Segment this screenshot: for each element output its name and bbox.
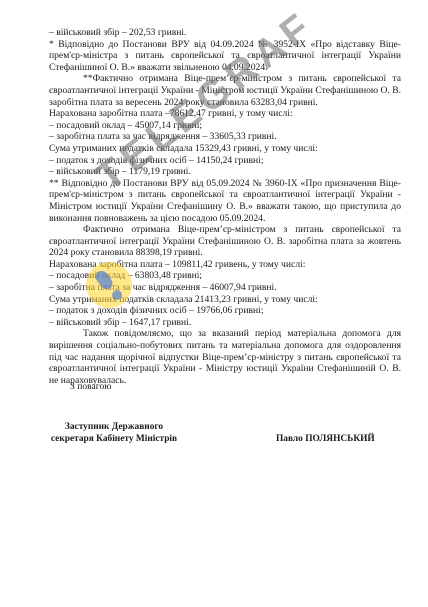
footnote-appointment: ** Відповідно до Постанови ВРУ від 05.09… xyxy=(49,178,401,224)
sept-taxes-total: Сума утриманих податків складала 15329,4… xyxy=(49,143,401,155)
oct-base-salary: – посадовий оклад – 63803,48 гривні; xyxy=(49,270,401,282)
signatory-title: Заступник Державного секретаря Кабінету … xyxy=(49,421,179,445)
signatory-title-line1: Заступник Державного xyxy=(49,421,179,433)
paragraph-material-aid: Також повідомляємо, що за вказаний періо… xyxy=(49,328,401,386)
closing-regards: З повагою xyxy=(70,381,111,392)
signatory-title-line2: секретаря Кабінету Міністрів xyxy=(49,433,179,445)
footnote-resignation: * Відповідно до Постанови ВРУ від 04.09.… xyxy=(49,39,401,74)
oct-military-levy: – військовий збір – 1647,17 гривні. xyxy=(49,317,401,329)
oct-income-tax: – податок з доходів фізичних осіб – 1976… xyxy=(49,305,401,317)
document-body: – військовий збір – 202,53 гривні. * Від… xyxy=(49,27,401,386)
oct-accrued-salary: Нарахована заробітна плата – 109811,42 г… xyxy=(49,259,401,271)
sept-income-tax: – податок з доходів фізичних осіб – 1415… xyxy=(49,155,401,167)
oct-business-trip-pay: – заробітна плата за час відрядження – 4… xyxy=(49,282,401,294)
sept-base-salary: – посадовий оклад – 45007,14 гривні; xyxy=(49,120,401,132)
sept-military-levy: – військовий збір – 1179,19 гривні. xyxy=(49,166,401,178)
signatory-name: Павло ПОЛЯНСЬКИЙ xyxy=(276,433,375,445)
paragraph-october-salary: Фактично отримана Віце-прем’єр-міністром… xyxy=(49,224,401,259)
sept-business-trip-pay: – заробітна плата за час відрядження – 3… xyxy=(49,131,401,143)
paragraph-september-salary: **Фактичнo отримана Віце-прем’єр-міністр… xyxy=(49,73,401,108)
military-levy-line: – військовий збір – 202,53 гривні. xyxy=(49,27,401,39)
sept-accrued-salary: Нарахована заробітна плата –78612,47 гри… xyxy=(49,108,401,120)
oct-taxes-total: Сума утриманих податків складала 21413,2… xyxy=(49,294,401,306)
